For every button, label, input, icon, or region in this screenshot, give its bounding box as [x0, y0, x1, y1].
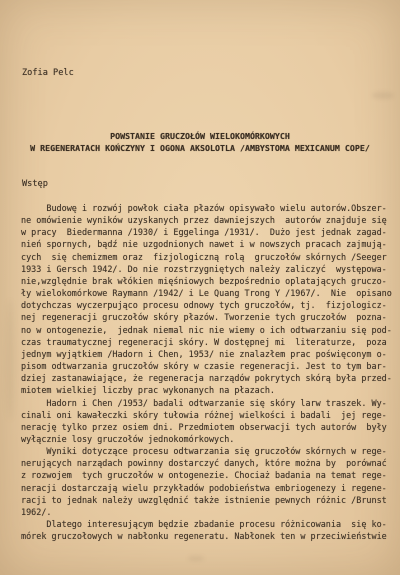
- body-line: nerujących narządach powinny dostarczyć …: [21, 457, 393, 469]
- body-line: mórek gruczołowych w nabłonku regeneratu…: [21, 530, 393, 542]
- body-line: no w ontogenezie, jednak niemal nic nie …: [21, 324, 393, 336]
- body-line: nerację tylko przez osiem dni. Przedmiot…: [21, 421, 393, 433]
- body-line: nej regeneracji gruczołów skóry płazów. …: [21, 311, 393, 323]
- body-line: Wyniki dotyczące procesu odtwarzania się…: [21, 445, 393, 457]
- body-line: czas traumatycznej regeneracji skóry. W …: [21, 336, 393, 348]
- body-line: pisom odtwarzania gruczołów skóry w czas…: [21, 360, 393, 372]
- body-line: Dlatego interesującym będzie zbadanie pr…: [21, 518, 393, 530]
- body-line: nień spornych, bądź nie uzgodnionych naw…: [21, 238, 393, 250]
- body-line: cinali oni kawałeczki skóry tułowia różn…: [21, 409, 393, 421]
- paper-smudge: [372, 92, 394, 99]
- body-line: nie,względnie brak włókien mięśniowych b…: [21, 275, 393, 287]
- body-line: cych się chemizmem oraz fizjologiczną ro…: [21, 251, 393, 263]
- body-line: w pracy Biedermanna /1930/ i Eggelinga /…: [21, 226, 393, 238]
- body-text: Budowę i rozwój powłok ciała płazów opis…: [21, 202, 393, 542]
- body-line: miotem wielkiej liczby prac wykonanych n…: [21, 384, 393, 396]
- section-heading-wstep: Wstęp: [22, 179, 48, 189]
- body-line: z rozwojem tych gruczołów w ontogenezie.…: [21, 469, 393, 481]
- body-line: 1962/.: [21, 506, 393, 518]
- document-title-block: POWSTANIE GRUCZOŁÓW WIELOKOMÓRKOWYCH W R…: [0, 130, 400, 155]
- body-line: jednym wyjątkiem /Hadorn i Chen, 1953/ n…: [21, 348, 393, 360]
- body-line: neracji dostarczają wielu przykładów pod…: [21, 482, 393, 494]
- body-line: dotychczas wyczerpująco procesu odnowy t…: [21, 299, 393, 311]
- author-name: Zofia Pelc: [22, 68, 74, 78]
- body-line: 1933 i Gersch 1942/. Do nie rozstrzygnię…: [21, 263, 393, 275]
- document-subtitle: W REGENERATACH KOŃCZYNY I OGONA AKSOLOTL…: [0, 142, 400, 154]
- body-line: racji to jednak należy uwzględnić także …: [21, 494, 393, 506]
- paper-smudge: [6, 300, 14, 420]
- document-title: POWSTANIE GRUCZOŁÓW WIELOKOMÓRKOWYCH: [0, 130, 400, 142]
- body-line: Hadorn i Chen /1953/ badali odtwarzanie …: [21, 397, 393, 409]
- body-line: dziej zastanawiające, że regeneracja nar…: [21, 372, 393, 384]
- body-line: wyłącznie losy gruczołów jednokomórkowyc…: [21, 433, 393, 445]
- scanned-document-page: Zofia Pelc POWSTANIE GRUCZOŁÓW WIELOKOMÓ…: [0, 0, 400, 575]
- body-line: Budowę i rozwój powłok ciała płazów opis…: [21, 202, 393, 214]
- body-line: ne omówienie wyników uzyskanych przez da…: [21, 214, 393, 226]
- body-line: ły wielokomórkowe Raymann /1942/ i Le Qu…: [21, 287, 393, 299]
- paper-smudge: [188, 556, 204, 561]
